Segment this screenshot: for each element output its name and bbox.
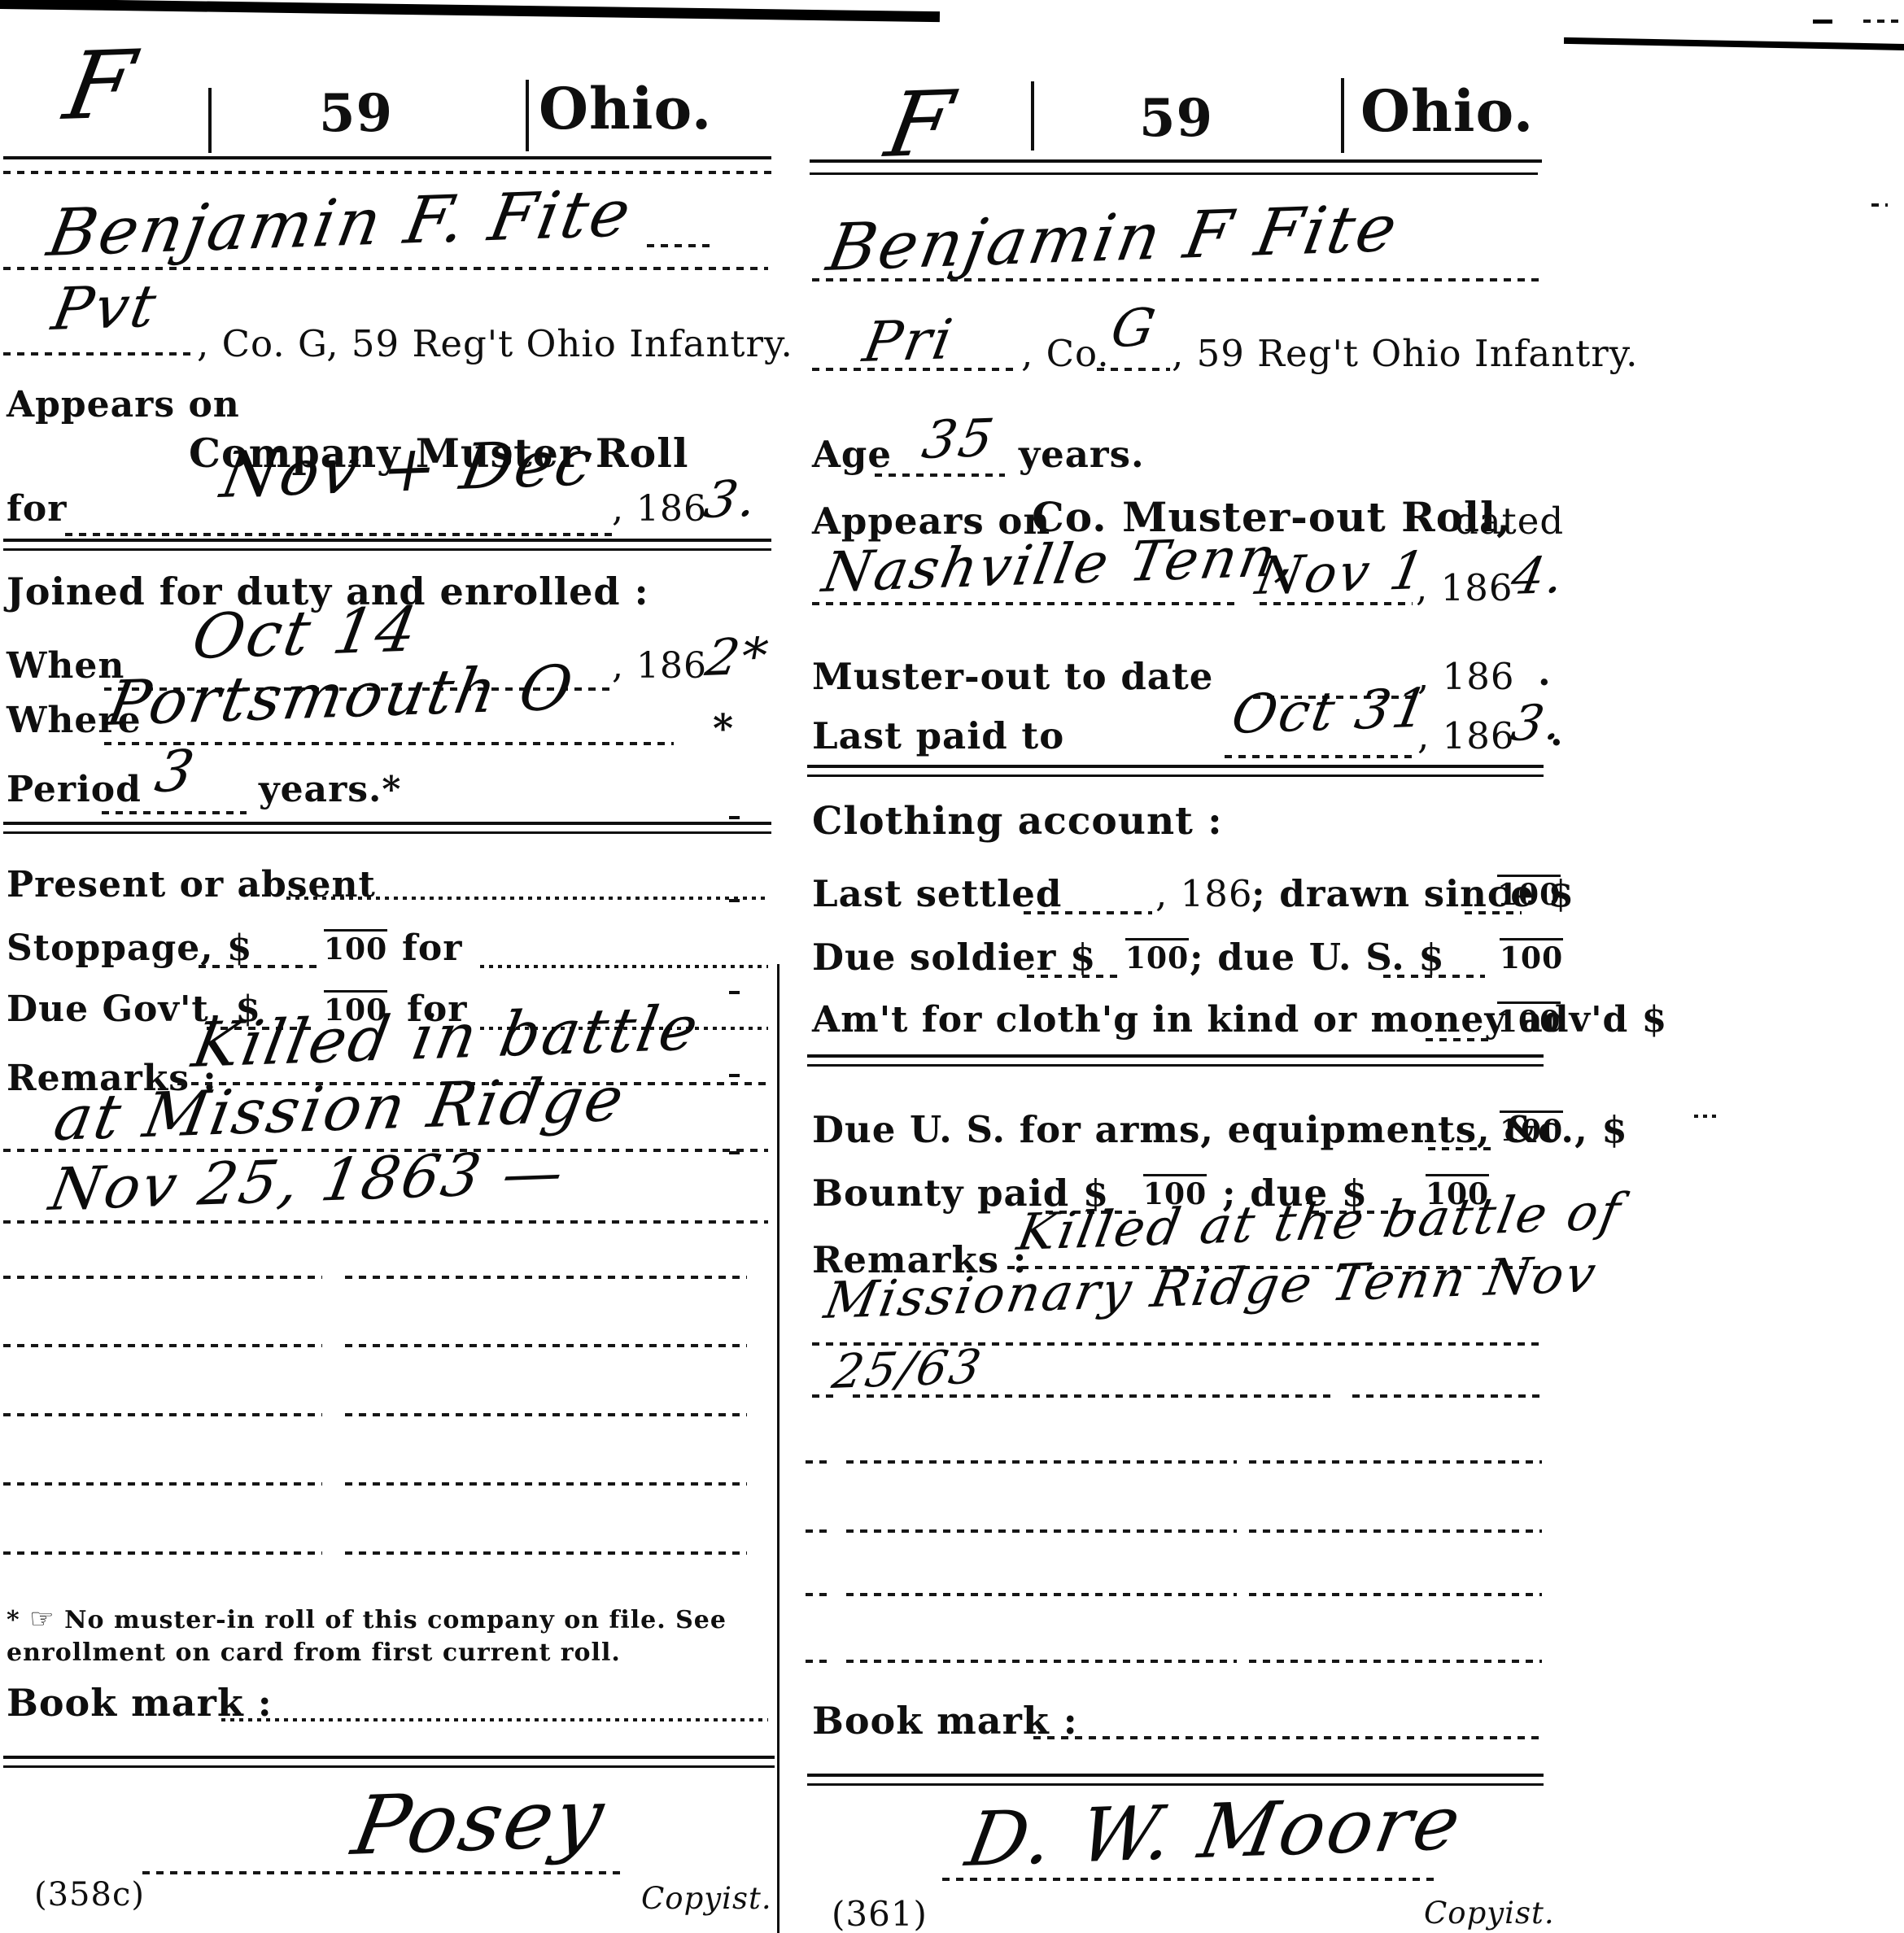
dated-label: dated <box>1455 500 1564 543</box>
header-divider-bar <box>1341 78 1344 153</box>
muster-out-period: . <box>1538 651 1552 694</box>
clothing-heading: Clothing account : <box>812 799 1223 844</box>
age-written: 35 <box>918 408 1000 471</box>
blank-line <box>806 1529 828 1533</box>
amt-clothing-fill <box>1426 1038 1491 1041</box>
muster-out-date-written: Nov 1 <box>1251 541 1431 607</box>
rank-written: Pri <box>858 308 959 375</box>
age-suffix: years. <box>1019 433 1145 476</box>
due-soldier-cents: 100 <box>1125 938 1189 975</box>
due-us-arms-cents: 100 <box>1500 1110 1563 1148</box>
copyist-label: Copyist. <box>1424 1896 1555 1931</box>
company-written: G <box>1107 298 1162 360</box>
remarks-underline-3a <box>812 1394 835 1398</box>
copyist-signature-written: D. W. Moore <box>960 1779 1469 1883</box>
blank-line <box>846 1660 1237 1663</box>
name-underline <box>812 278 1540 281</box>
due-us-cents: 100 <box>1500 938 1563 975</box>
header-rule <box>810 159 1542 163</box>
age-label: Age <box>812 433 892 476</box>
place-underline <box>812 602 1235 605</box>
last-settled-year: , 186 <box>1155 872 1253 915</box>
due-us-label: ; due U. S. $ <box>1190 936 1445 979</box>
last-settled-label: Last settled <box>812 872 1062 915</box>
soldier-name-written: Benjamin F Fite <box>822 190 1404 286</box>
muster-roll-scan: F 59 Ohio. Benjamin F. Fite Pvt , Co. G,… <box>0 0 1904 1933</box>
last-paid-label: Last paid to <box>812 714 1064 757</box>
last-paid-period: . <box>1550 711 1564 754</box>
header-divider-bar <box>1031 81 1034 151</box>
remarks-underline-3b <box>853 1394 1334 1398</box>
drawn-since-cents: 100 <box>1497 875 1561 912</box>
company-underline <box>1097 368 1170 371</box>
due-soldier-fill <box>1027 975 1118 978</box>
blank-line <box>1249 1529 1542 1533</box>
blank-line <box>1249 1660 1542 1663</box>
age-fill-line <box>875 473 1005 477</box>
regiment-number: 59 <box>1139 88 1213 149</box>
muster-out-label: Muster-out to date <box>812 655 1213 698</box>
unit-printed: , 59 Reg't Ohio Infantry. <box>1172 332 1638 375</box>
remarks-written-3: 25/63 <box>828 1339 987 1399</box>
last-paid-written: Oct 31 <box>1227 677 1435 746</box>
section-rule <box>807 765 1544 777</box>
remarks-underline-3c <box>1352 1394 1541 1398</box>
header-rule-2 <box>810 172 1538 175</box>
book-mark-fill-line <box>1033 1736 1542 1739</box>
blank-line <box>806 1460 828 1464</box>
card-muster-out-roll: F 59 Ohio. Benjamin F Fite Pri , Co. G ,… <box>0 0 1904 1933</box>
blank-line <box>1249 1460 1542 1464</box>
last-paid-fill-line <box>1225 755 1413 758</box>
blank-line <box>846 1460 1237 1464</box>
blank-line <box>846 1529 1237 1533</box>
card-number: (361) <box>832 1894 928 1933</box>
due-us-arms-fill <box>1428 1147 1491 1150</box>
due-soldier-label: Due soldier $ <box>812 936 1096 979</box>
state-label: Ohio. <box>1360 77 1534 145</box>
last-paid-year-printed: , 186 <box>1417 714 1515 757</box>
date-underline <box>1260 602 1413 605</box>
section-rule <box>807 1054 1544 1067</box>
blank-line <box>806 1660 828 1663</box>
blank-line <box>806 1593 828 1596</box>
blank-line <box>1249 1593 1542 1596</box>
blank-line <box>846 1593 1237 1596</box>
signature-underline <box>942 1878 1437 1881</box>
last-settled-fill <box>1024 911 1152 914</box>
rank-underline <box>812 368 1017 371</box>
dated-year-written: 4. <box>1507 545 1571 606</box>
dated-year-printed: , 186 <box>1416 566 1513 609</box>
due-us-fill <box>1383 975 1485 978</box>
amt-clothing-cents: 100 <box>1497 1001 1561 1039</box>
